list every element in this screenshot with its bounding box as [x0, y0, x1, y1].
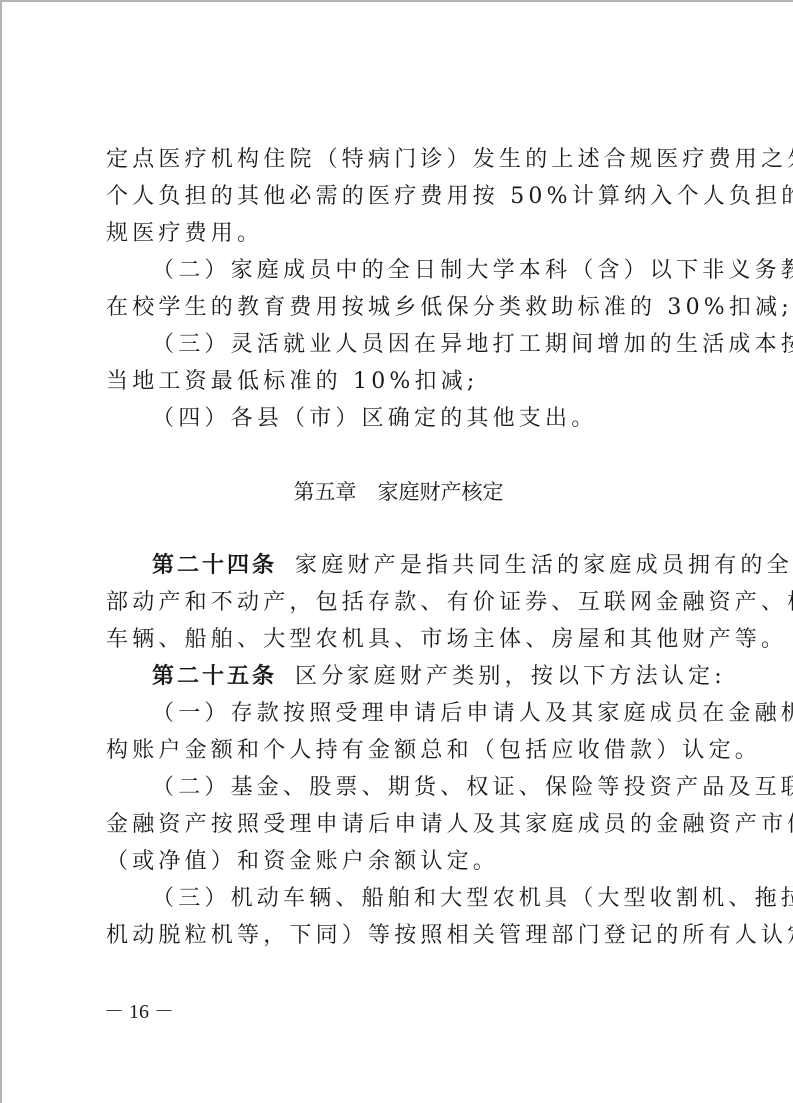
list-item-line: （二）家庭成员中的全日制大学本科（含）以下非义务教育 — [152, 252, 696, 289]
list-item-line: （三）灵活就业人员因在异地打工期间增加的生活成本按 — [152, 326, 696, 363]
article-number: 第二十四条 — [152, 553, 277, 578]
paragraph-line: 车辆、船舶、大型农机具、市场主体、房屋和其他财产等。 — [106, 621, 696, 658]
article-text: 区分家庭财产类别，按以下方法认定: — [295, 664, 726, 689]
article-24-first-line: 第二十四条家庭财产是指共同生活的家庭成员拥有的全 — [152, 547, 696, 584]
list-item-line: （二）基金、股票、期货、权证、保险等投资产品及互联网 — [152, 769, 696, 806]
article-number: 第二十五条 — [152, 664, 277, 689]
article-25-first-line: 第二十五条区分家庭财产类别，按以下方法认定: — [152, 658, 696, 695]
paragraph-line: 个人负担的其他必需的医疗费用按 50%计算纳入个人负担的合 — [106, 178, 696, 215]
page-number: － 16 － — [104, 999, 174, 1025]
paragraph-line: 部动产和不动产，包括存款、有价证券、互联网金融资产、机动 — [106, 584, 696, 621]
article-text: 家庭财产是指共同生活的家庭成员拥有的全 — [295, 553, 793, 578]
list-item-line: （一）存款按照受理申请后申请人及其家庭成员在金融机 — [152, 695, 696, 732]
list-item-line: 在校学生的教育费用按城乡低保分类救助标准的 30%扣减; — [106, 289, 696, 326]
list-item-line: 当地工资最低标准的 10%扣减; — [106, 363, 696, 400]
list-item-line: （四）各县（市）区确定的其他支出。 — [152, 400, 696, 437]
list-item-line: 机动脱粒机等，下同）等按照相关管理部门登记的所有人认定。 — [106, 917, 696, 954]
list-item-line: （三）机动车辆、船舶和大型农机具（大型收割机、拖拉机、 — [152, 880, 696, 917]
paragraph-line: 定点医疗机构住院（特病门诊）发生的上述合规医疗费用之外， — [106, 141, 696, 178]
list-item-line: （或净值）和资金账户余额认定。 — [106, 843, 696, 880]
list-item-line: 构账户金额和个人持有金额总和（包括应收借款）认定。 — [106, 732, 696, 769]
chapter-heading: 第五章 家庭财产核定 — [2, 474, 793, 510]
paragraph-line: 规医疗费用。 — [106, 215, 696, 252]
list-item-line: 金融资产按照受理申请后申请人及其家庭成员的金融资产市值 — [106, 806, 696, 843]
document-page: 定点医疗机构住院（特病门诊）发生的上述合规医疗费用之外， 个人负担的其他必需的医… — [0, 0, 793, 1103]
